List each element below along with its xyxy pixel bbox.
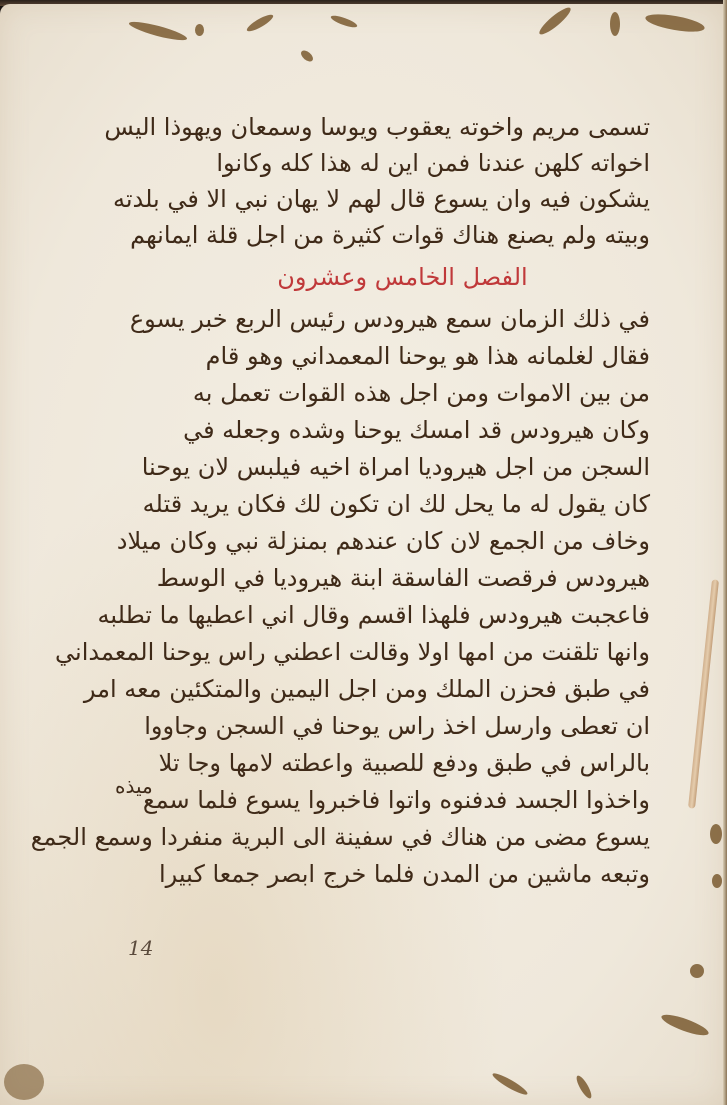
text-line: يسوع مضى من هناك في سفينة الى البرية منف… xyxy=(31,819,650,855)
text-line: بالراس في طبق ودفع للصبية واعطته لامها و… xyxy=(159,745,650,781)
wormhole-stain xyxy=(712,874,722,888)
text-line: وبيته ولم يصنع هناك قوات كثيرة من اجل قل… xyxy=(130,217,650,253)
text-line: وكان هيرودس قد امسك يوحنا وشده وجعله في xyxy=(183,412,650,448)
wormhole-stain xyxy=(536,4,573,37)
text-line: وانها تلقنت من امها اولا وقالت اعطني راس… xyxy=(55,634,650,670)
text-line: هيرودس فرقصت الفاسقة ابنة هيروديا في الو… xyxy=(157,560,650,596)
text-line: يشكون فيه وان يسوع قال لهم لا يهان نبي ا… xyxy=(113,181,650,217)
text-line: وتبعه ماشين من المدن فلما خرج ابصر جمعا … xyxy=(159,856,650,892)
chapter-heading: الفصل الخامس وعشرون xyxy=(155,259,650,295)
wormhole-stain xyxy=(491,1071,530,1098)
text-line: في طبق فحزن الملك ومن اجل اليمين والمتكئ… xyxy=(84,671,650,707)
page-right-edge xyxy=(723,0,727,1105)
margin-annotation: ميذه xyxy=(115,774,153,798)
text-line: وخاف من الجمع لان كان عندهم بمنزلة نبي و… xyxy=(117,523,650,559)
text-line: كان يقول له ما يحل لك ان تكون لك فكان ير… xyxy=(143,486,650,522)
manuscript-folio: تسمى مريم واخوته يعقوب ويوسا وسمعان ويهو… xyxy=(0,4,724,1105)
text-line: تسمى مريم واخوته يعقوب ويوسا وسمعان ويهو… xyxy=(104,109,650,145)
wormhole-stain xyxy=(659,1011,710,1039)
text-line: فقال لغلمانه هذا هو يوحنا المعمداني وهو … xyxy=(206,338,650,374)
wormhole-stain xyxy=(299,48,315,63)
wormhole-stain xyxy=(128,18,189,43)
wormhole-stain xyxy=(690,964,704,978)
text-line: في ذلك الزمان سمع هيرودس رئيس الربع خبر … xyxy=(130,301,650,337)
text-line: فاعجبت هيرودس فلهذا اقسم وقال اني اعطيها… xyxy=(98,597,650,633)
text-line: من بين الاموات ومن اجل هذه القوات تعمل ب… xyxy=(193,375,650,411)
text-line: ان تعطى وارسل اخذ راس يوحنا في السجن وجا… xyxy=(144,708,650,744)
wormhole-stain xyxy=(710,824,722,844)
wormhole-stain xyxy=(330,13,359,29)
text-line: السجن من اجل هيروديا امراة اخيه فيلبس لا… xyxy=(142,449,650,485)
wormhole-stain xyxy=(574,1074,594,1101)
folio-number: 14 xyxy=(128,936,153,960)
binding-thread xyxy=(688,579,719,808)
wormhole-stain xyxy=(610,12,620,36)
wormhole-stain xyxy=(195,24,204,36)
wormhole-stain xyxy=(4,1064,44,1100)
text-line: واخذوا الجسد فدفنوه واتوا فاخبروا يسوع ف… xyxy=(143,782,650,818)
wormhole-stain xyxy=(644,11,706,35)
text-line: اخواته كلهن عندنا فمن اين له هذا كله وكا… xyxy=(216,145,650,181)
wormhole-stain xyxy=(245,12,275,34)
